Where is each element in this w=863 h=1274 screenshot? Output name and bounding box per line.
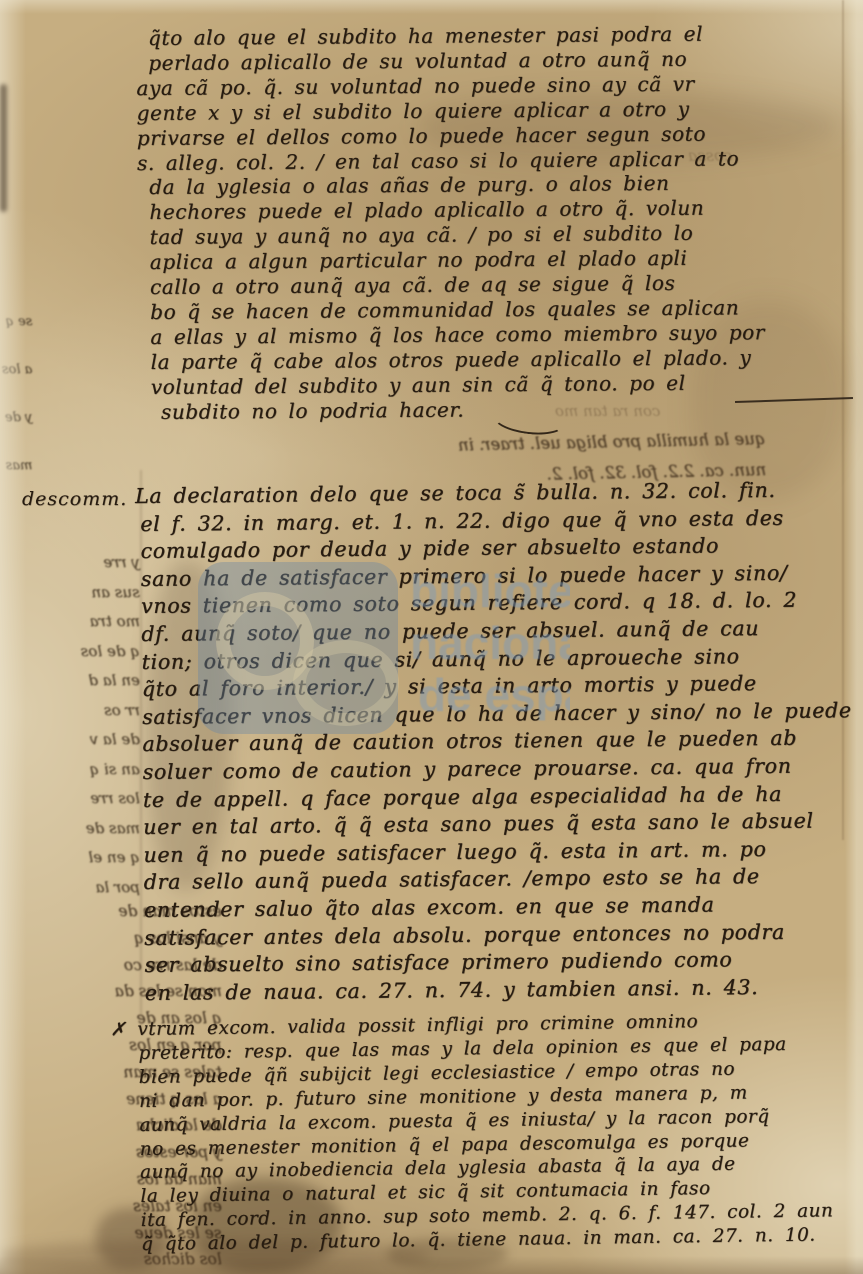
bleedthrough-line: mo tra xyxy=(18,607,140,637)
bleedthrough-line: rr os xyxy=(18,696,140,726)
text-block-3: ✗ vtrum excom. valida possit infligi pro… xyxy=(138,1008,857,1257)
bleedthrough-line: mas de xyxy=(18,814,140,844)
bleedthrough-line: en la d xyxy=(18,666,140,696)
bleedthrough-column: y rresus anmo traq de losen la drr osde … xyxy=(18,548,140,902)
bleedthrough-line: an si q xyxy=(18,755,140,785)
bleedthrough-line: q de los xyxy=(18,637,140,667)
text-block-2: La declaration delo que se toca s̃ bulla… xyxy=(140,476,857,1007)
bleedthrough-line: los rre xyxy=(18,784,140,814)
bleedthrough-line: q en el xyxy=(18,843,140,873)
bleedthrough-line: y rre xyxy=(18,548,140,578)
manuscript-page: se qa losy demas y rresus anmo traq de l… xyxy=(0,0,863,1274)
binding-notch xyxy=(0,84,7,212)
bleedthrough-line: sus an xyxy=(18,578,140,608)
text-block-1: q̃to alo que el subdito ha menester pasi… xyxy=(148,21,851,425)
manuscript-line: en las de naua. ca. 27. n. 74. y tambien… xyxy=(145,973,857,1007)
margin-note-descomm: descomm. xyxy=(22,488,127,510)
bleedthrough-line: de la v xyxy=(18,725,140,755)
page-top-edge xyxy=(0,0,863,14)
